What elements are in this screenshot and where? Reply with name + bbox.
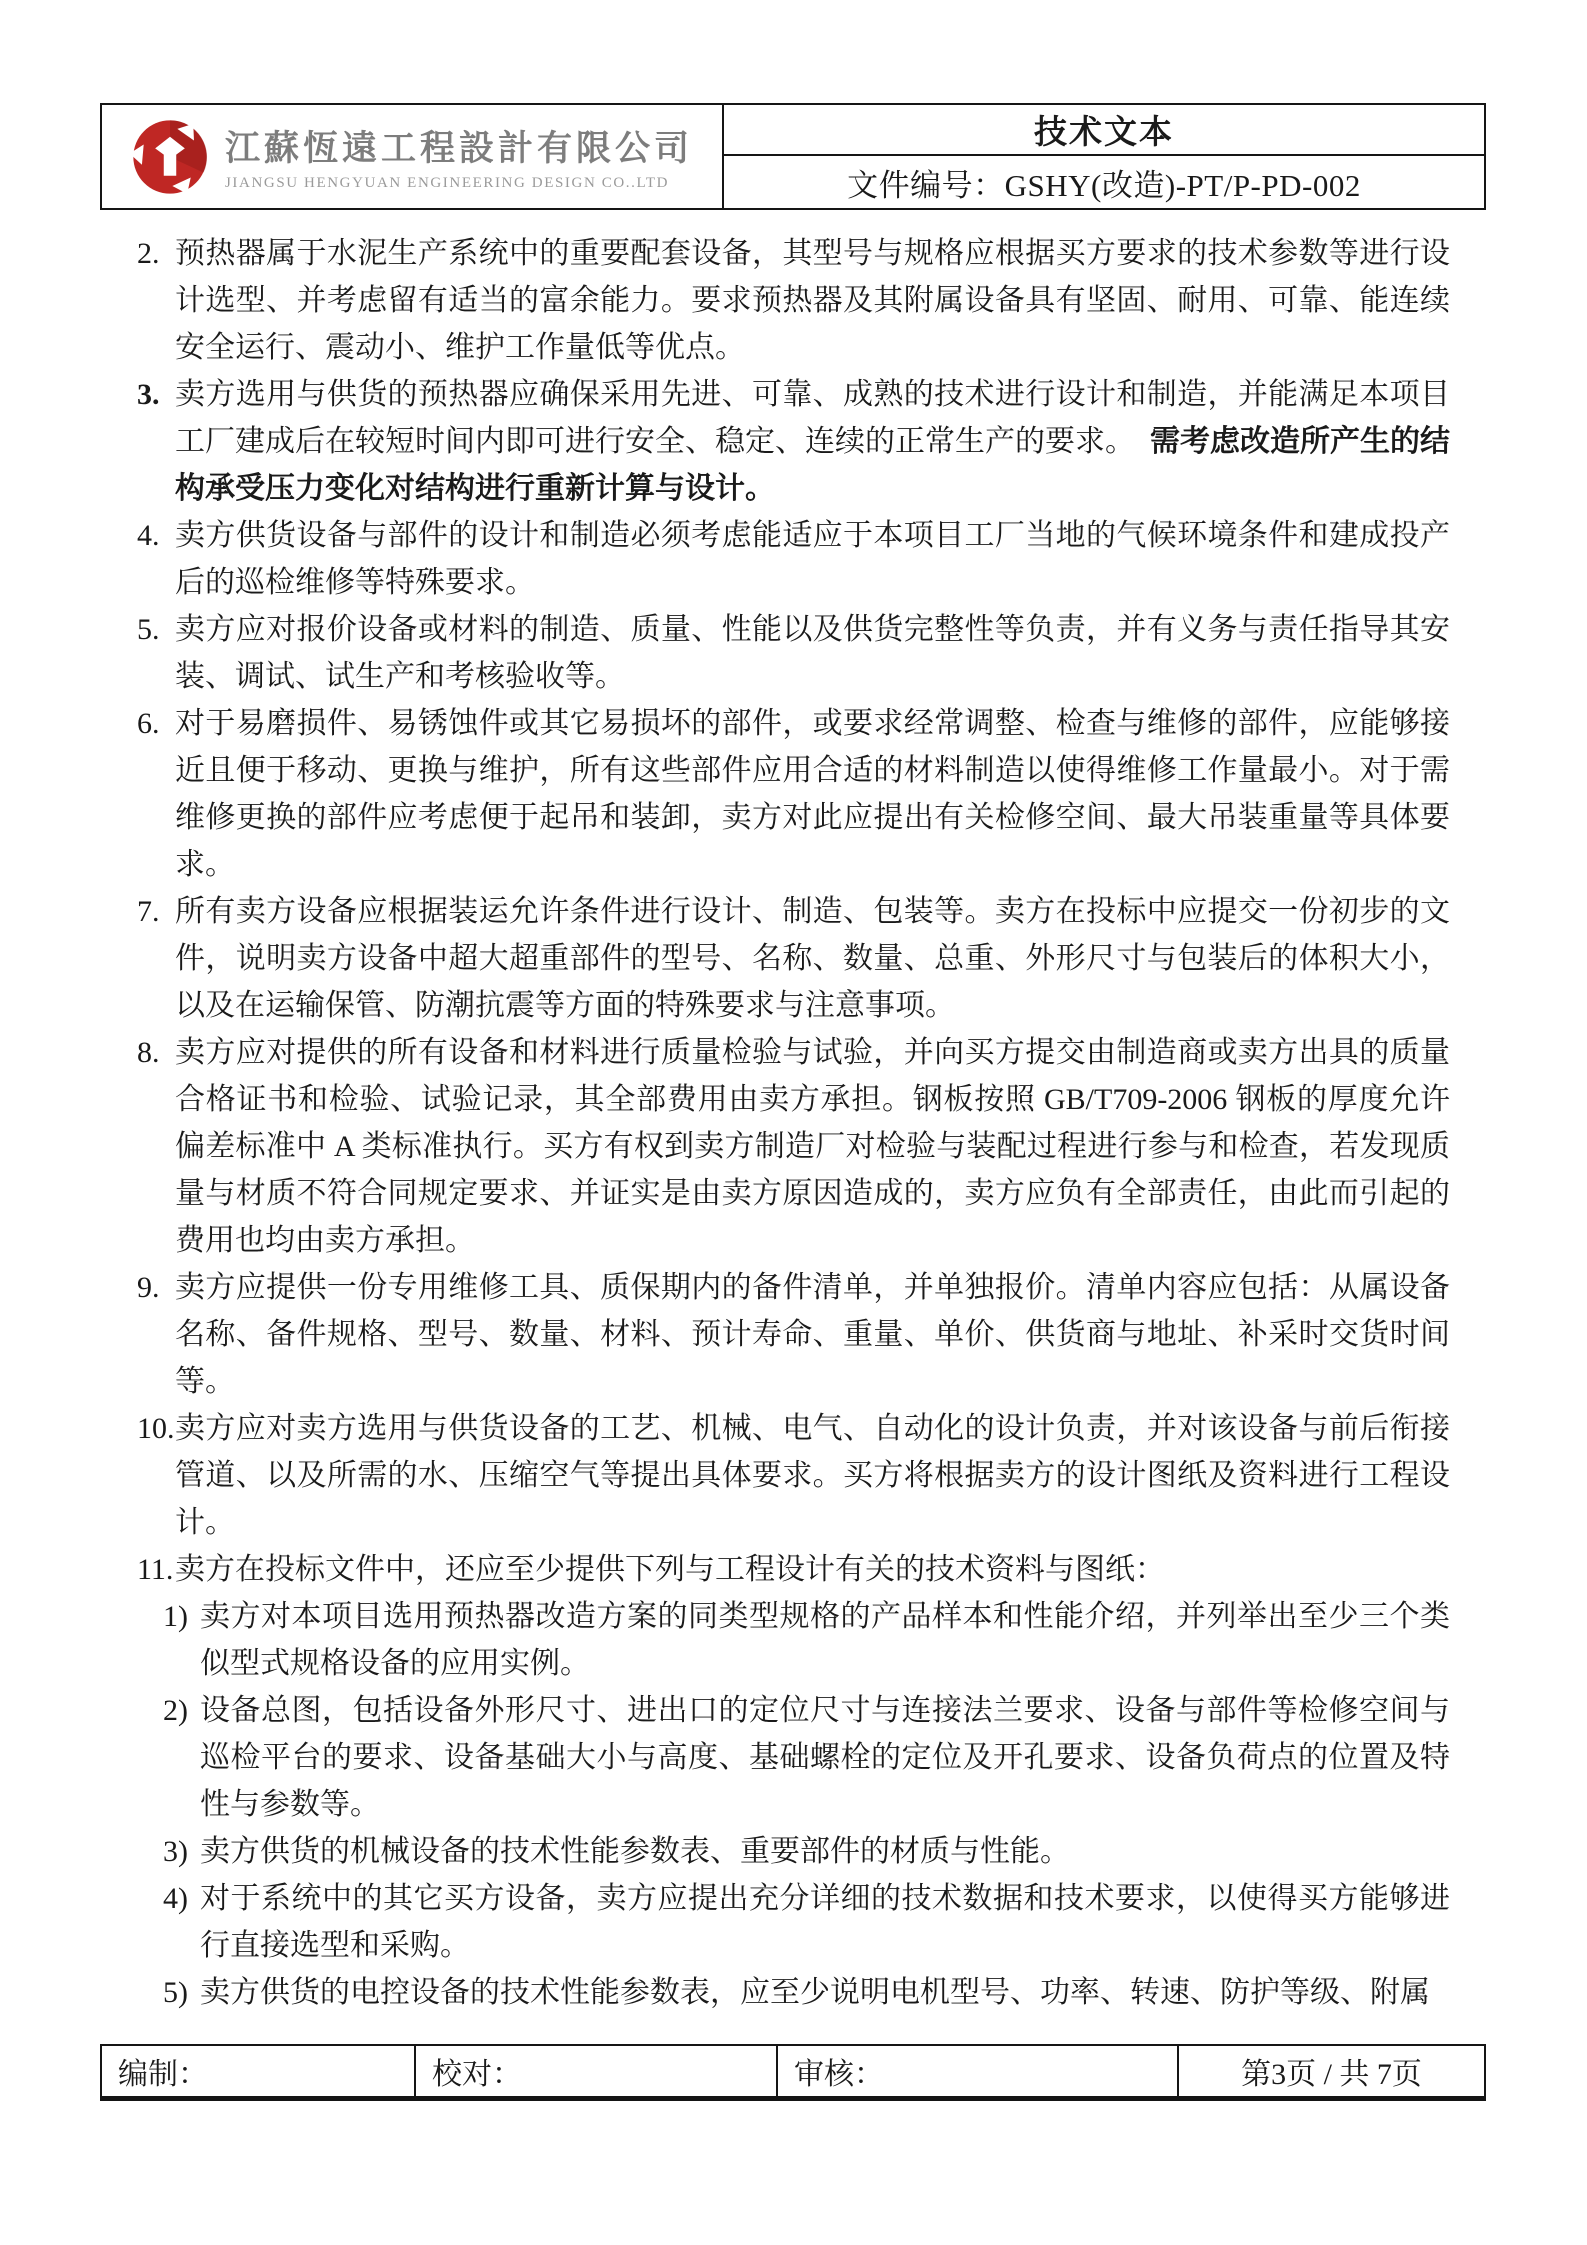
item-text: 卖方供货的机械设备的技术性能参数表、重要部件的材质与性能。 <box>200 1828 1450 1875</box>
item-text: 卖方应提供一份专用维修工具、质保期内的备件清单，并单独报价。清单内容应包括：从属… <box>175 1264 1450 1405</box>
item-text: 卖方对本项目选用预热器改造方案的同类型规格的产品样本和性能介绍，并列举出至少三个… <box>200 1593 1450 1687</box>
item-number: 10. <box>137 1405 175 1546</box>
company-name-english: JIANGSU HENGYUAN ENGINEERING DESIGN CO..… <box>225 175 669 192</box>
item-number: 9. <box>137 1264 175 1405</box>
item-text: 卖方在投标文件中，还应至少提供下列与工程设计有关的技术资料与图纸： <box>175 1546 1450 1593</box>
list-item: 11.卖方在投标文件中，还应至少提供下列与工程设计有关的技术资料与图纸： <box>137 1546 1450 1593</box>
item-number: 1) <box>163 1593 200 1687</box>
item-text: 卖方应对提供的所有设备和材料进行质量检验与试验，并向买方提交由制造商或卖方出具的… <box>175 1029 1450 1264</box>
list-item: 9.卖方应提供一份专用维修工具、质保期内的备件清单，并单独报价。清单内容应包括：… <box>137 1264 1450 1405</box>
company-name-block: 江蘇恆遠工程設計有限公司 JIANGSU HENGYUAN ENGINEERIN… <box>225 121 693 192</box>
item-number: 7. <box>137 888 175 1029</box>
item-number: 2) <box>163 1687 200 1828</box>
list-item: 4.卖方供货设备与部件的设计和制造必须考虑能适应于本项目工厂当地的气候环境条件和… <box>137 512 1450 606</box>
item-text: 所有卖方设备应根据装运允许条件进行设计、制造、包装等。卖方在投标中应提交一份初步… <box>175 888 1450 1029</box>
item-text: 卖方选用与供货的预热器应确保采用先进、可靠、成熟的技术进行设计和制造，并能满足本… <box>175 371 1450 512</box>
doc-type-title: 技术文本 <box>724 105 1484 156</box>
list-item: 4)对于系统中的其它买方设备，卖方应提出充分详细的技术数据和技术要求，以使得买方… <box>163 1875 1450 1969</box>
list-item: 7.所有卖方设备应根据装运允许条件进行设计、制造、包装等。卖方在投标中应提交一份… <box>137 888 1450 1029</box>
item-text: 卖方供货设备与部件的设计和制造必须考虑能适应于本项目工厂当地的气候环境条件和建成… <box>175 512 1450 606</box>
list-item: 2)设备总图，包括设备外形尺寸、进出口的定位尺寸与连接法兰要求、设备与部件等检修… <box>163 1687 1450 1828</box>
item-number: 2. <box>137 230 175 371</box>
document-footer: 编制： 校对： 审核： 第3页 / 共 7页 <box>100 2044 1486 2101</box>
page-number: 第3页 / 共 7页 <box>1179 2046 1484 2096</box>
list-item: 5)卖方供货的电控设备的技术性能参数表，应至少说明电机型号、功率、转速、防护等级… <box>163 1969 1450 2016</box>
list-item: 3.卖方选用与供货的预热器应确保采用先进、可靠、成熟的技术进行设计和制造，并能满… <box>137 371 1450 512</box>
item-number: 6. <box>137 700 175 888</box>
list-item: 5.卖方应对报价设备或材料的制造、质量、性能以及供货完整性等负责，并有义务与责任… <box>137 606 1450 700</box>
list-item: 6.对于易磨损件、易锈蚀件或其它易损坏的部件，或要求经常调整、检查与维修的部件，… <box>137 700 1450 888</box>
company-cell: 江蘇恆遠工程設計有限公司 JIANGSU HENGYUAN ENGINEERIN… <box>102 105 724 208</box>
item-number: 4. <box>137 512 175 606</box>
doc-number: 文件编号：GSHY(改造)-PT/P-PD-002 <box>724 156 1484 208</box>
item-text: 对于系统中的其它买方设备，卖方应提出充分详细的技术数据和技术要求，以使得买方能够… <box>200 1875 1450 1969</box>
company-logo-icon <box>131 118 209 196</box>
item-text: 卖方应对报价设备或材料的制造、质量、性能以及供货完整性等负责，并有义务与责任指导… <box>175 606 1450 700</box>
list-item: 10.卖方应对卖方选用与供货设备的工艺、机械、电气、自动化的设计负责，并对该设备… <box>137 1405 1450 1546</box>
item-number: 5) <box>163 1969 200 2016</box>
header-right-cells: 技术文本 文件编号：GSHY(改造)-PT/P-PD-002 <box>724 105 1484 208</box>
document-body: 2.预热器属于水泥生产系统中的重要配套设备，其型号与规格应根据买方要求的技术参数… <box>137 230 1450 2016</box>
item-text: 卖方应对卖方选用与供货设备的工艺、机械、电气、自动化的设计负责，并对该设备与前后… <box>175 1405 1450 1546</box>
item-number: 5. <box>137 606 175 700</box>
list-item: 3)卖方供货的机械设备的技术性能参数表、重要部件的材质与性能。 <box>163 1828 1450 1875</box>
item-number: 3) <box>163 1828 200 1875</box>
company-name: 江蘇恆遠工程設計有限公司 <box>225 121 693 171</box>
list-item: 8.卖方应对提供的所有设备和材料进行质量检验与试验，并向买方提交由制造商或卖方出… <box>137 1029 1450 1264</box>
item-number: 11. <box>137 1546 175 1593</box>
item-text: 对于易磨损件、易锈蚀件或其它易损坏的部件，或要求经常调整、检查与维修的部件，应能… <box>175 700 1450 888</box>
prepared-by-cell: 编制： <box>102 2046 416 2096</box>
item-number: 4) <box>163 1875 200 1969</box>
item-number: 8. <box>137 1029 175 1264</box>
item-number: 3. <box>137 371 175 512</box>
document-page: 江蘇恆遠工程設計有限公司 JIANGSU HENGYUAN ENGINEERIN… <box>0 0 1587 2245</box>
proofread-by-cell: 校对： <box>416 2046 778 2096</box>
item-text: 设备总图，包括设备外形尺寸、进出口的定位尺寸与连接法兰要求、设备与部件等检修空间… <box>200 1687 1450 1828</box>
item-text: 卖方供货的电控设备的技术性能参数表，应至少说明电机型号、功率、转速、防护等级、附… <box>200 1969 1450 2016</box>
list-item: 1)卖方对本项目选用预热器改造方案的同类型规格的产品样本和性能介绍，并列举出至少… <box>163 1593 1450 1687</box>
reviewed-by-cell: 审核： <box>778 2046 1179 2096</box>
item-text: 预热器属于水泥生产系统中的重要配套设备，其型号与规格应根据买方要求的技术参数等进… <box>175 230 1450 371</box>
list-item: 2.预热器属于水泥生产系统中的重要配套设备，其型号与规格应根据买方要求的技术参数… <box>137 230 1450 371</box>
document-header: 江蘇恆遠工程設計有限公司 JIANGSU HENGYUAN ENGINEERIN… <box>100 103 1486 210</box>
